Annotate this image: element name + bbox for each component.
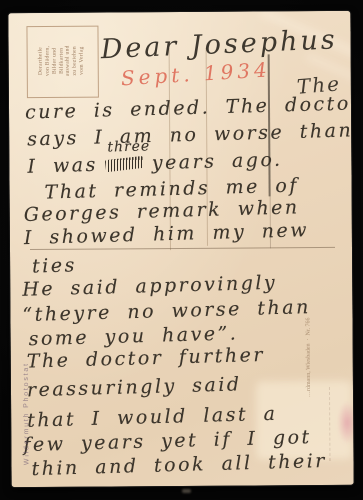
handwritten-line: reassuringly said [27, 373, 242, 401]
pink-smudge [337, 401, 354, 445]
salutation-text: Dear Josephus [100, 24, 338, 65]
scribbled-out-word [105, 156, 144, 172]
stamp-line: vom Verlag [79, 30, 86, 92]
handwritten-line: “theyre no worse than [22, 296, 311, 326]
handwritten-line: ties [32, 254, 77, 277]
credit-number: Nr. 766 [305, 317, 311, 335]
line-suffix: years ago. [151, 149, 282, 175]
correction: three [106, 152, 145, 175]
publisher-stamp-text: Derartheile von Bädern, Bilder und Bildk… [30, 30, 92, 92]
scan-background: Derartheile von Bädern, Bilder und Bildk… [0, 0, 363, 500]
background-mark [182, 489, 191, 493]
handwritten-line-with-correction: I wasthreeyears ago. [27, 149, 283, 178]
line-prefix: I was [27, 154, 98, 178]
inserted-word: three [107, 138, 150, 155]
collector-stamp-vertical: Wildermuth Photostat [22, 290, 30, 465]
publisher-stamp-box: Derartheile von Bädern, Bilder und Bildk… [26, 26, 99, 99]
publisher-credit-vertical: …rdmann, Wiesbaden · Nr. 766 [304, 297, 313, 397]
postcard: Derartheile von Bädern, Bilder und Bildk… [8, 11, 353, 487]
salutation-flourish: ? [347, 20, 354, 56]
handwritten-line: says I am no worse than [27, 119, 354, 150]
credit-text: …rdmann, Wiesbaden [306, 343, 312, 397]
